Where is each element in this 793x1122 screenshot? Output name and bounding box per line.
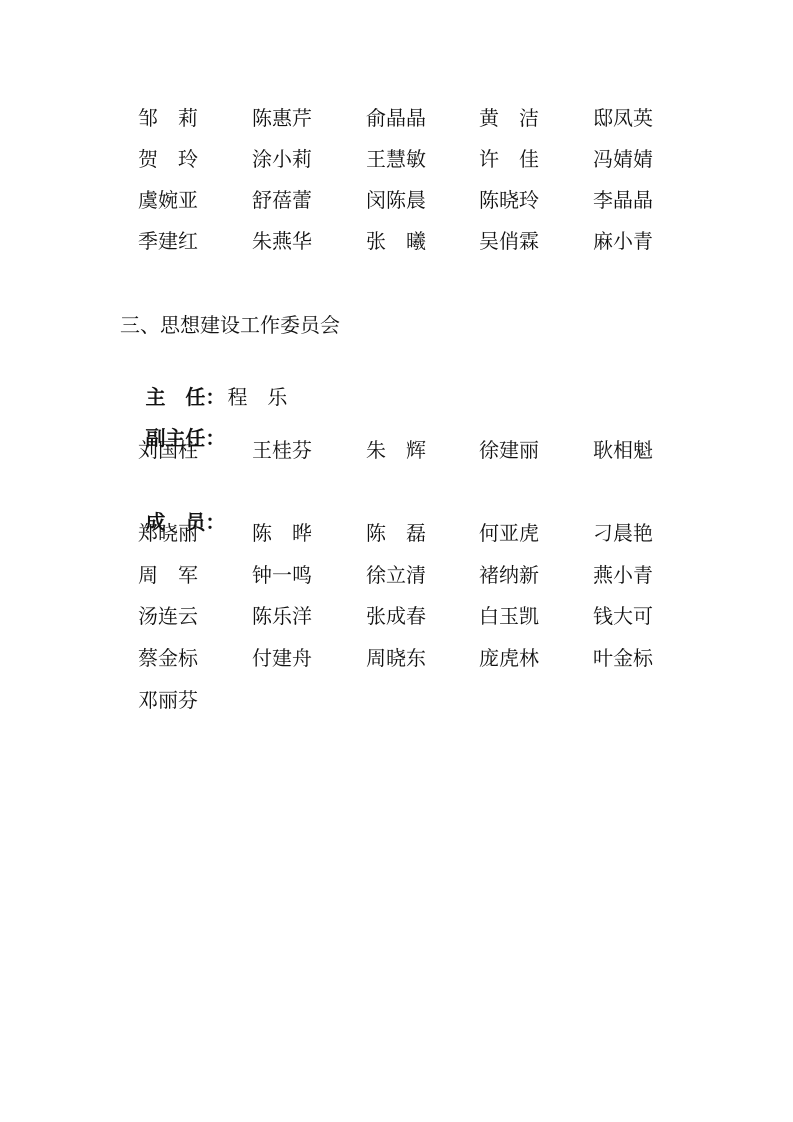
member-name: 舒蓓蕾 xyxy=(252,185,312,215)
member-name: 白玉凯 xyxy=(479,601,539,631)
member-name: 刁晨艳 xyxy=(593,518,653,548)
member-name: 褚纳新 xyxy=(479,560,539,590)
document-page: 邹 莉 陈惠芹 俞晶晶 黄 洁 邸凤英 贺 玲 涂小莉 王慧敏 许 佳 冯婧婧 … xyxy=(0,0,793,1122)
deputy-name: 徐建丽 xyxy=(479,435,539,465)
member-name: 邓丽芬 xyxy=(138,685,198,715)
member-name: 付建舟 xyxy=(252,643,312,673)
director-name: 程 乐 xyxy=(227,385,287,409)
member-row: 虞婉亚 舒蓓蕾 闵陈晨 陈晓玲 李晶晶 xyxy=(138,185,698,215)
member-name: 贺 玲 xyxy=(138,144,198,174)
member-name: 邸凤英 xyxy=(593,103,653,133)
member-name: 蔡金标 xyxy=(138,643,198,673)
member-name: 郑晓丽 xyxy=(138,518,198,548)
member-name: 张 曦 xyxy=(366,226,426,256)
member-name: 庞虎林 xyxy=(479,643,539,673)
member-name: 徐立清 xyxy=(366,560,426,590)
member-name: 陈乐洋 xyxy=(252,601,312,631)
member-name: 吴俏霖 xyxy=(479,226,539,256)
member-name: 朱燕华 xyxy=(252,226,312,256)
deputy-name: 刘国柱 xyxy=(138,435,198,465)
member-row: 周 军 钟一鸣 徐立清 褚纳新 燕小青 xyxy=(138,560,698,590)
member-name: 何亚虎 xyxy=(479,518,539,548)
member-name: 涂小莉 xyxy=(252,144,312,174)
member-row: 蔡金标 付建舟 周晓东 庞虎林 叶金标 xyxy=(138,643,698,673)
member-name: 许 佳 xyxy=(479,144,539,174)
deputy-row: 刘国柱 王桂芬 朱 辉 徐建丽 耿相魁 xyxy=(138,435,698,465)
member-name: 李晶晶 xyxy=(593,185,653,215)
member-name: 汤连云 xyxy=(138,601,198,631)
member-name: 陈惠芹 xyxy=(252,103,312,133)
member-name: 周 军 xyxy=(138,560,198,590)
member-name: 俞晶晶 xyxy=(366,103,426,133)
section-title: 三、思想建设工作委员会 xyxy=(120,310,340,340)
member-name: 闵陈晨 xyxy=(366,185,426,215)
member-name: 冯婧婧 xyxy=(593,144,653,174)
member-name: 麻小青 xyxy=(593,226,653,256)
member-name: 陈晓玲 xyxy=(479,185,539,215)
deputy-name: 王桂芬 xyxy=(252,435,312,465)
member-row: 季建红 朱燕华 张 曦 吴俏霖 麻小青 xyxy=(138,226,698,256)
member-row: 贺 玲 涂小莉 王慧敏 许 佳 冯婧婧 xyxy=(138,144,698,174)
member-row: 邹 莉 陈惠芹 俞晶晶 黄 洁 邸凤英 xyxy=(138,103,698,133)
deputy-name: 朱 辉 xyxy=(366,435,426,465)
member-name: 季建红 xyxy=(138,226,198,256)
member-name: 叶金标 xyxy=(593,643,653,673)
deputy-name: 耿相魁 xyxy=(593,435,653,465)
member-name: 钟一鸣 xyxy=(252,560,312,590)
member-name: 虞婉亚 xyxy=(138,185,198,215)
member-name: 黄 洁 xyxy=(479,103,539,133)
member-row: 邓丽芬 xyxy=(138,685,698,715)
member-name: 张成春 xyxy=(366,601,426,631)
member-row: 郑晓丽 陈 晔 陈 磊 何亚虎 刁晨艳 xyxy=(138,518,698,548)
member-row: 汤连云 陈乐洋 张成春 白玉凯 钱大可 xyxy=(138,601,698,631)
member-name: 陈 晔 xyxy=(252,518,312,548)
member-name: 邹 莉 xyxy=(138,103,198,133)
member-name: 周晓东 xyxy=(366,643,426,673)
member-name: 燕小青 xyxy=(593,560,653,590)
member-name: 王慧敏 xyxy=(366,144,426,174)
member-name: 陈 磊 xyxy=(366,518,426,548)
member-name: 钱大可 xyxy=(593,601,653,631)
